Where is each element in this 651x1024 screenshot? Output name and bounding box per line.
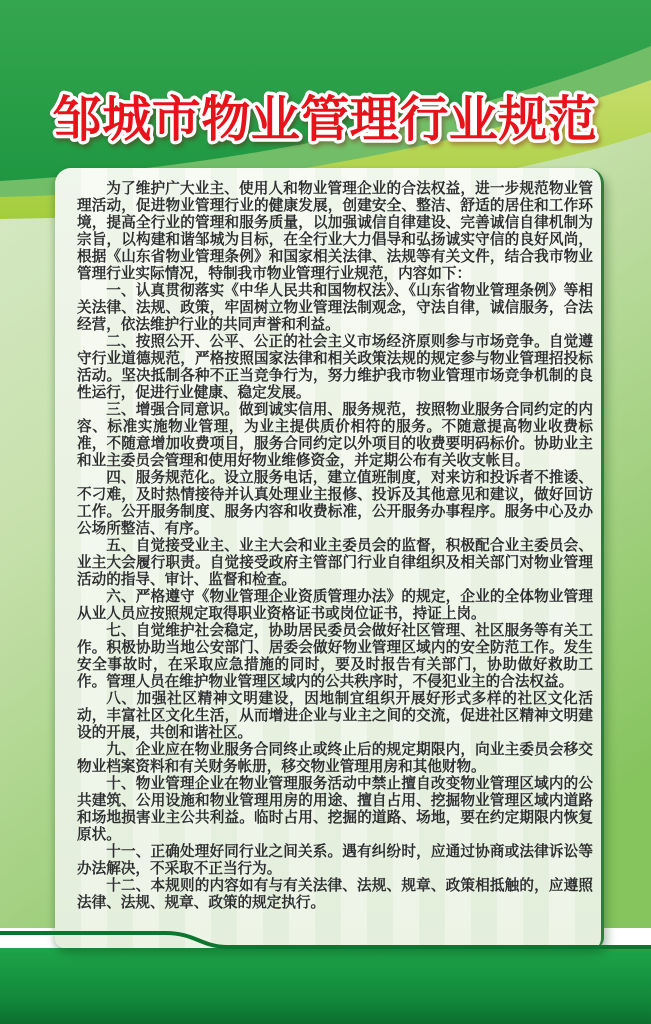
poster-root: 为了维护广大业主、使用人和物业管理企业的合法权益，进一步规范物业管理活动，促进物… [0, 0, 651, 1024]
footer-band [0, 948, 651, 1024]
rule-item-5: 五、自觉接受业主、业主大会和业主委员会的监督，积极配合业主委员会、业主大会履行职… [77, 537, 593, 588]
rule-item-9: 九、企业应在物业服务合同终止或终止后的规定期限内，向业主委员会移交物业档案资料和… [77, 741, 593, 775]
title-banner: 邹城市物业管理行业规范 [0, 48, 651, 173]
content-panel: 为了维护广大业主、使用人和物业管理企业的合法权益，进一步规范物业管理活动，促进物… [55, 168, 604, 948]
rule-item-6: 六、严格遵守《物业管理企业资质管理办法》的规定，企业的全体物业管理从业人员应按照… [77, 588, 593, 622]
rule-item-1: 一、认真贯彻落实《中华人民共和国物权法》、《山东省物业管理条例》等相关法律、法规… [77, 282, 593, 333]
rule-item-12: 十二、本规则的内容如有与有关法律、法规、规章、政策相抵触的，应遵照法律、法规、规… [77, 877, 593, 911]
rule-item-4: 四、服务规范化。设立服务电话，建立值班制度，对来访和投诉者不推诿、不刁难，及时热… [77, 469, 593, 537]
rule-item-11: 十一、正确处理好同行业之间关系。遇有纠纷时，应通过协商或法律诉讼等办法解决，不采… [77, 843, 593, 877]
rule-item-8: 八、加强社区精神文明建设，因地制宜组织开展好形式多样的社区文化活动，丰富社区文化… [77, 690, 593, 741]
intro-paragraph: 为了维护广大业主、使用人和物业管理企业的合法权益，进一步规范物业管理活动，促进物… [77, 180, 593, 282]
rule-item-10: 十、物业管理企业在物业管理服务活动中禁止擅自改变物业管理区域内的公共建筑、公用设… [77, 775, 593, 843]
rule-item-3: 三、增强合同意识。做到诚实信用、服务规范，按照物业服务合同约定的内容、标准实施物… [77, 401, 593, 469]
rule-item-7: 七、自觉维护社会稳定，协助居民委员会做好社区管理、社区服务等有关工作。积极协助当… [77, 622, 593, 690]
rule-item-2: 二、按照公开、公平、公正的社会主义市场经济原则参与市场竞争。自觉遵守行业道德规范… [77, 333, 593, 401]
poster-title: 邹城市物业管理行业规范 [53, 91, 598, 148]
